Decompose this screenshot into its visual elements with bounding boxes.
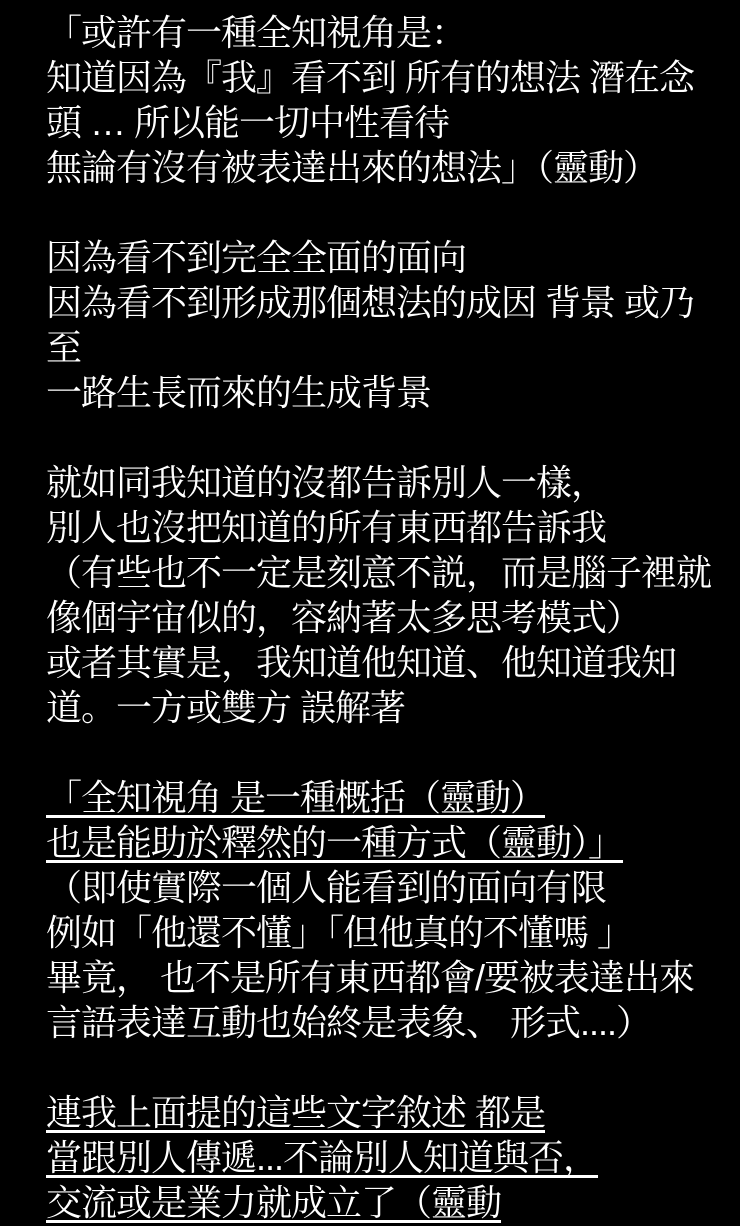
paragraph: 「或許有一種全知視角是：知道因為『我』看不到 所有的想法 潛在念頭 … 所以能一… <box>46 10 732 190</box>
text-line: 就如同我知道的沒都告訴別人一樣， <box>46 460 732 505</box>
text-line: 因為看不到完全全面的面向 <box>46 235 732 280</box>
paragraph: 因為看不到完全全面的面向因為看不到形成那個想法的成因 背景 或乃至一路生長而來的… <box>46 235 732 415</box>
text-line: 畢竟， 也不是所有東西都會/要被表達出來 <box>46 955 732 1000</box>
text-line: 因為看不到形成那個想法的成因 背景 或乃 <box>46 280 732 325</box>
paragraph: 就如同我知道的沒都告訴別人一樣，別人也沒把知道的所有東西都告訴我（有些也不一定是… <box>46 460 732 730</box>
paragraph: 「全知視角 是一種概括（靈動）也是能助於釋然的一種方式（靈動）」（即使實際一個人… <box>46 775 732 1045</box>
text-line: 知道因為『我』看不到 所有的想法 潛在念 <box>46 55 732 100</box>
text-line: 言語表達互動也始終是表象、 形式....） <box>46 1000 732 1045</box>
text-line: 「或許有一種全知視角是： <box>46 10 732 55</box>
text-line: 至 <box>46 325 732 370</box>
text-line-underlined: 連我上面提的這些文字敘述 都是 <box>46 1090 732 1135</box>
text-line-underlined: 當跟別人傳遞...不論別人知道與否， <box>46 1135 732 1180</box>
text-line: 別人也沒把知道的所有東西都告訴我 <box>46 505 732 550</box>
text-line: 道。一方或雙方 誤解著 <box>46 685 732 730</box>
text-line: （即使實際一個人能看到的面向有限 <box>46 865 732 910</box>
text-line: 頭 … 所以能一切中性看待 <box>46 100 732 145</box>
text-line: 無論有沒有被表達出來的想法」（靈動） <box>46 145 732 190</box>
paragraph: 連我上面提的這些文字敘述 都是當跟別人傳遞...不論別人知道與否，交流或是業力就… <box>46 1090 732 1225</box>
text-line-underlined: 交流或是業力就成立了（靈動 <box>46 1180 732 1225</box>
text-line-underlined: 也是能助於釋然的一種方式（靈動）」 <box>46 820 732 865</box>
text-line-underlined: 「全知視角 是一種概括（靈動） <box>46 775 732 820</box>
text-line: 一路生長而來的生成背景 <box>46 370 732 415</box>
text-line: 例如「他還不懂」「但他真的不懂嗎 」 <box>46 910 732 955</box>
text-body: 「或許有一種全知視角是：知道因為『我』看不到 所有的想法 潛在念頭 … 所以能一… <box>0 0 740 1225</box>
text-line: （有些也不一定是刻意不説，而是腦子裡就 <box>46 550 732 595</box>
text-line: 像個宇宙似的，容納著太多思考模式） <box>46 595 732 640</box>
text-line: 或者其實是，我知道他知道、他知道我知 <box>46 640 732 685</box>
